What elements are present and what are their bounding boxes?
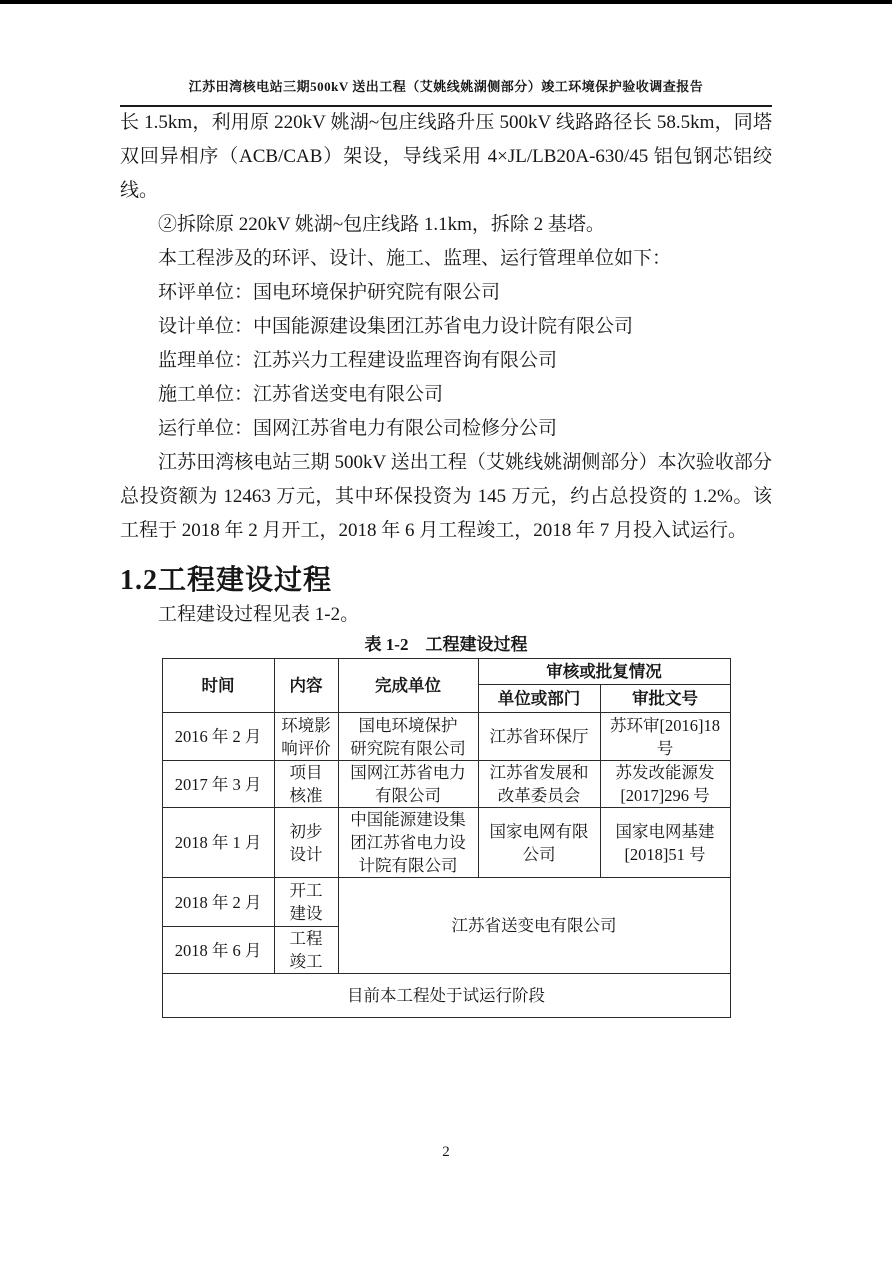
paragraph: 本工程涉及的环评、设计、施工、监理、运行管理单位如下： [120, 242, 772, 276]
col-header-unit: 完成单位 [338, 659, 478, 713]
page-number: 2 [0, 1144, 892, 1161]
cell-content: 工程 竣工 [274, 927, 338, 974]
table-caption: 表 1-2 工程建设过程 [120, 632, 772, 658]
cell-review-doc: 苏环审[2016]18 号 [600, 713, 730, 761]
cell-merged-unit: 江苏省送变电有限公司 [338, 878, 730, 974]
paragraph-operation-unit: 运行单位：国网江苏省电力有限公司检修分公司 [120, 412, 772, 446]
paragraph-investment: 江苏田湾核电站三期 500kV 送出工程（艾姚线姚湖侧部分）本次验收部分总投资额… [120, 446, 772, 548]
cell-review-unit: 江苏省发展和 改革委员会 [478, 761, 600, 808]
paragraph-design-unit: 设计单位：中国能源建设集团江苏省电力设计院有限公司 [120, 310, 772, 344]
document-page: 江苏田湾核电站三期500kV 送出工程（艾姚线姚湖侧部分）竣工环境保护验收调查报… [0, 0, 892, 1262]
cell-time: 2018 年 2 月 [162, 878, 274, 927]
paragraph-construction-unit: 施工单位：江苏省送变电有限公司 [120, 378, 772, 412]
construction-process-table: 时间 内容 完成单位 审核或批复情况 单位或部门 审批文号 2016 年 2 月… [162, 658, 731, 1018]
cell-time: 2018 年 1 月 [162, 808, 274, 878]
col-header-review-doc: 审批文号 [600, 685, 730, 713]
paragraph: 长 1.5km，利用原 220kV 姚湖~包庄线路升压 500kV 线路路径长 … [120, 106, 772, 208]
section-heading: 1.2工程建设过程 [120, 564, 772, 598]
table-intro: 工程建设过程见表 1-2。 [120, 598, 772, 632]
table-row: 2018 年 2 月 开工 建设 江苏省送变电有限公司 [162, 878, 730, 927]
cell-review-unit: 江苏省环保厅 [478, 713, 600, 761]
scan-edge-bar [0, 0, 892, 4]
running-header: 江苏田湾核电站三期500kV 送出工程（艾姚线姚湖侧部分）竣工环境保护验收调查报… [120, 76, 772, 107]
table-row: 目前本工程处于试运行阶段 [162, 974, 730, 1018]
paragraph-env-unit: 环评单位：国电环境保护研究院有限公司 [120, 276, 772, 310]
cell-content: 项目 核准 [274, 761, 338, 808]
col-header-review-group: 审核或批复情况 [478, 659, 730, 685]
cell-unit: 国网江苏省电力 有限公司 [338, 761, 478, 808]
cell-time: 2017 年 3 月 [162, 761, 274, 808]
document-body: 长 1.5km，利用原 220kV 姚湖~包庄线路升压 500kV 线路路径长 … [120, 106, 772, 1018]
table-row: 2017 年 3 月 项目 核准 国网江苏省电力 有限公司 江苏省发展和 改革委… [162, 761, 730, 808]
cell-status-note: 目前本工程处于试运行阶段 [162, 974, 730, 1018]
col-header-time: 时间 [162, 659, 274, 713]
cell-time: 2018 年 6 月 [162, 927, 274, 974]
table-row: 2018 年 1 月 初步 设计 中国能源建设集 团江苏省电力设 计院有限公司 … [162, 808, 730, 878]
cell-content: 初步 设计 [274, 808, 338, 878]
cell-unit: 中国能源建设集 团江苏省电力设 计院有限公司 [338, 808, 478, 878]
table-row: 2016 年 2 月 环境影 响评价 国电环境保护 研究院有限公司 江苏省环保厅… [162, 713, 730, 761]
paragraph-supervision-unit: 监理单位：江苏兴力工程建设监理咨询有限公司 [120, 344, 772, 378]
cell-review-unit: 国家电网有限 公司 [478, 808, 600, 878]
col-header-review-unit: 单位或部门 [478, 685, 600, 713]
cell-content: 开工 建设 [274, 878, 338, 927]
cell-time: 2016 年 2 月 [162, 713, 274, 761]
col-header-content: 内容 [274, 659, 338, 713]
cell-unit: 国电环境保护 研究院有限公司 [338, 713, 478, 761]
cell-review-doc: 苏发改能源发 [2017]296 号 [600, 761, 730, 808]
cell-review-doc: 国家电网基建 [2018]51 号 [600, 808, 730, 878]
paragraph: ②拆除原 220kV 姚湖~包庄线路 1.1km，拆除 2 基塔。 [120, 208, 772, 242]
cell-content: 环境影 响评价 [274, 713, 338, 761]
